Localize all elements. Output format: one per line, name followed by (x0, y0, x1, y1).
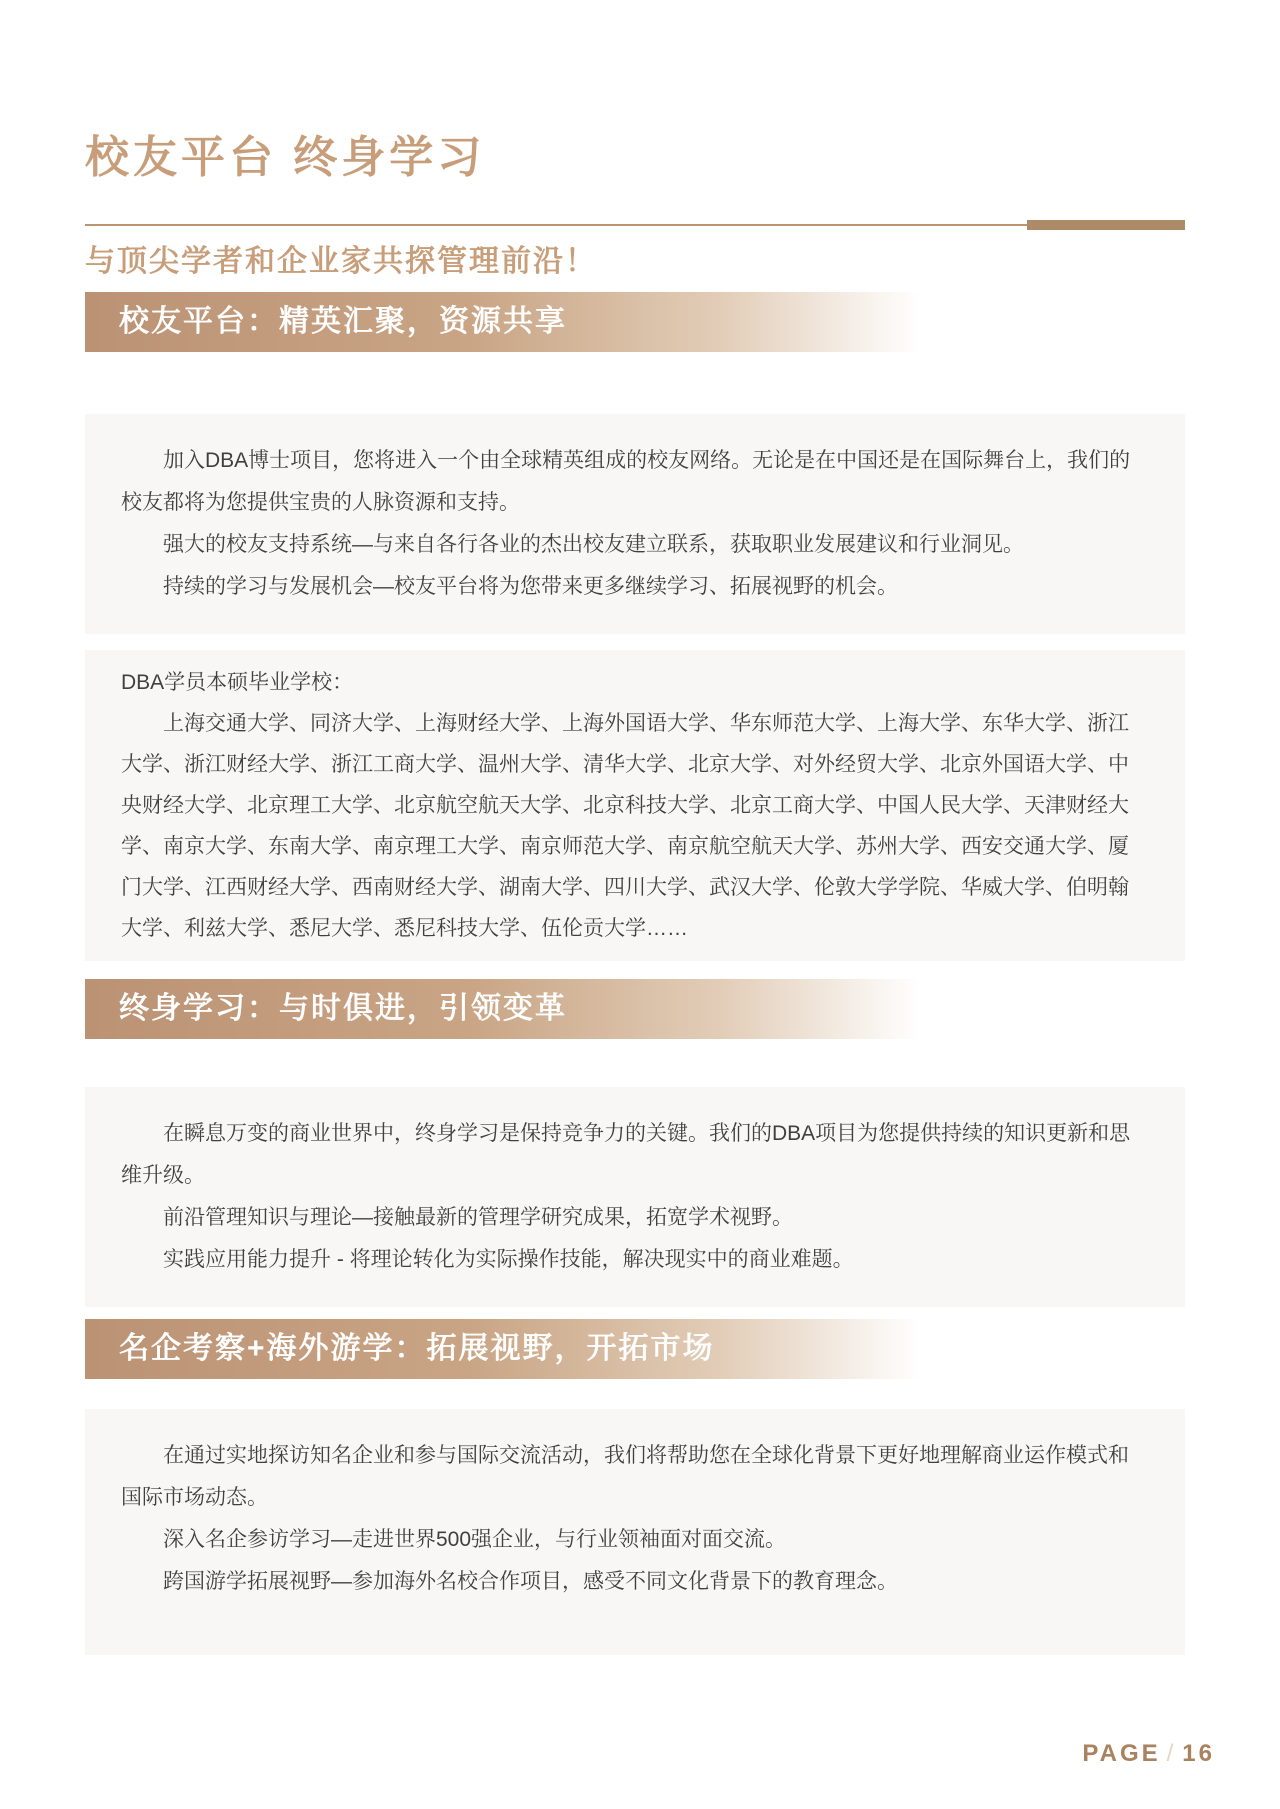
body-paragraph: 在瞬息万变的商业世界中，终身学习是保持竞争力的关键。我们的DBA项目为您提供持续… (121, 1113, 1149, 1197)
section-banner-company-visits-study-tours: 名企考察+海外游学：拓展视野，开拓市场 (85, 1319, 1185, 1379)
section-banner-lifelong-learning: 终身学习：与时俱进，引领变革 (85, 979, 1185, 1039)
footer-page-number: 16 (1182, 1740, 1215, 1767)
company-visits-box: 在通过实地探访知名企业和参与国际交流活动，我们将帮助您在全球化背景下更好地理解商… (85, 1409, 1185, 1655)
section-banner-alumni-platform: 校友平台：精英汇聚，资源共享 (85, 292, 1185, 352)
page-content: 校友平台 终身学习 与顶尖学者和企业家共探管理前沿！ 校友平台：精英汇聚，资源共… (85, 0, 1185, 1655)
body-paragraph: 在通过实地探访知名企业和参与国际交流活动，我们将帮助您在全球化背景下更好地理解商… (121, 1435, 1149, 1519)
body-paragraph: 前沿管理知识与理论—接触最新的管理学研究成果，拓宽学术视野。 (121, 1197, 1149, 1239)
footer-page-label: PAGE (1082, 1740, 1160, 1767)
page-footer: PAGE/16 (1082, 1740, 1215, 1768)
footer-separator: / (1161, 1740, 1183, 1767)
title-divider (85, 220, 1185, 230)
alumni-schools-box: DBA学员本硕毕业学校： 上海交通大学、同济大学、上海财经大学、上海外国语大学、… (85, 650, 1185, 961)
brochure-page: 校友平台 终身学习 与顶尖学者和企业家共探管理前沿！ 校友平台：精英汇聚，资源共… (0, 0, 1280, 1809)
body-paragraph: 实践应用能力提升 - 将理论转化为实际操作技能，解决现实中的商业难题。 (121, 1239, 1149, 1281)
divider-line (85, 224, 1027, 226)
body-paragraph: 加入DBA博士项目，您将进入一个由全球精英组成的校友网络。无论是在中国还是在国际… (121, 440, 1149, 524)
schools-heading: DBA学员本硕毕业学校： (121, 662, 1149, 703)
schools-list: 上海交通大学、同济大学、上海财经大学、上海外国语大学、华东师范大学、上海大学、东… (121, 703, 1149, 949)
body-paragraph: 强大的校友支持系统—与来自各行各业的杰出校友建立联系，获取职业发展建议和行业洞见… (121, 524, 1149, 566)
divider-bar (1027, 220, 1185, 230)
body-paragraph: 跨国游学拓展视野—参加海外名校合作项目，感受不同文化背景下的教育理念。 (121, 1561, 1149, 1603)
body-paragraph: 持续的学习与发展机会—校友平台将为您带来更多继续学习、拓展视野的机会。 (121, 566, 1149, 608)
page-subtitle: 与顶尖学者和企业家共探管理前沿！ (85, 244, 1185, 280)
lifelong-learning-box: 在瞬息万变的商业世界中，终身学习是保持竞争力的关键。我们的DBA项目为您提供持续… (85, 1087, 1185, 1307)
page-title: 校友平台 终身学习 (85, 0, 1185, 184)
body-paragraph: 深入名企参访学习—走进世界500强企业，与行业领袖面对面交流。 (121, 1519, 1149, 1561)
alumni-intro-box: 加入DBA博士项目，您将进入一个由全球精英组成的校友网络。无论是在中国还是在国际… (85, 414, 1185, 634)
